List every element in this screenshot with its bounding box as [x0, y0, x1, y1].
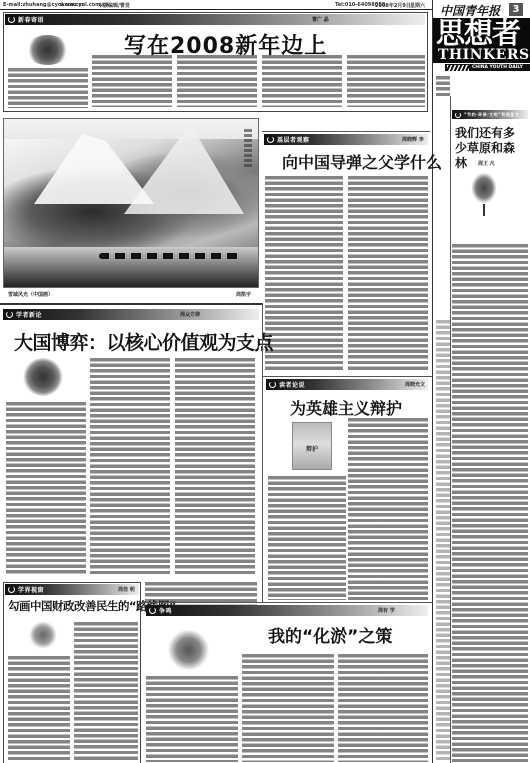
byline: 周晓辉 李 [402, 136, 424, 143]
section-label: 争鸣 [159, 606, 172, 615]
painting-snow-mountains [3, 118, 259, 288]
section-label: 学界视窗 [18, 585, 44, 594]
divider [262, 131, 430, 132]
section-logo-icon [269, 381, 276, 388]
body-text-column: 大家好，今年是改革开放三十周年，也是新的一年开端。我们回顾过去，展望未来，站在新… [242, 654, 334, 762]
divider [262, 376, 432, 377]
body-text-column: 大家好，今年是改革开放三十周年，也是新的一年开端。我们回顾过去，展望未来，站在新… [8, 68, 88, 108]
section-title-cn: 思想者 [436, 18, 520, 48]
body-text-column: 大家好，今年是改革开放三十周年，也是新的一年开端。我们回顾过去，展望未来，站在新… [348, 176, 428, 371]
header-rule [0, 9, 432, 10]
body-text-column: 大家好，今年是改革开放三十周年，也是新的一年开端。我们回顾过去，展望未来，站在新… [6, 402, 86, 574]
byline: 周众方律 [180, 311, 200, 318]
body-text-column: 大家好，今年是改革开放三十周年，也是新的一年开端。我们回顾过去，展望未来，站在新… [262, 55, 342, 107]
plant-illustration [28, 620, 58, 650]
body-text-column: 大家好，今年是改革开放三十周年，也是新的一年开端。我们回顾过去，展望未来，站在新… [146, 676, 238, 762]
divider [450, 96, 451, 763]
headline-silt[interactable]: 我的“化淤”之策 [268, 622, 392, 647]
section-label: “节约·环保·文明”有奖征文 [464, 112, 519, 118]
section-label: 新春寄语 [18, 15, 44, 24]
body-text-column: 大家好，今年是改革开放三十周年，也是新的一年开端。我们回顾过去，展望未来，站在新… [338, 654, 428, 762]
china-youth-daily-strip: CHINA YOUTH DAILY [445, 64, 530, 71]
body-text-column: 大家好，今年是改革开放三十周年，也是新的一年开端。我们回顾过去，展望未来，站在新… [348, 418, 428, 600]
header-weekday: 星期六 [410, 2, 425, 9]
body-text-column: 大家好，今年是改革开放三十周年，也是新的一年开端。我们回顾过去，展望未来，站在新… [452, 244, 528, 762]
divider [142, 602, 432, 603]
divider [0, 303, 262, 305]
section-bar-essay-contest: “节约·环保·文明”有奖征文 [452, 110, 528, 119]
section-label: 基层者观察 [277, 135, 310, 144]
body-text-column: 大家好，今年是改革开放三十周年，也是新的一年开端。我们回顾过去，展望未来，站在新… [436, 320, 450, 760]
body-text-column: 大家好，今年是改革开放三十周年，也是新的一年开端。我们回顾过去，展望未来，站在新… [347, 55, 425, 107]
section-logo-icon [8, 16, 15, 23]
body-text-column: 大家好，今年是改革开放三十周年，也是新的一年开端。我们回顾过去，展望未来，站在新… [177, 55, 257, 107]
section-label: 学者新论 [16, 310, 42, 319]
book-cover-image: 辩护 [292, 422, 332, 470]
body-text-column: 大家好，今年是改革开放三十周年，也是新的一年开端。我们回顾过去，展望未来，站在新… [90, 358, 170, 574]
book-cover-title: 辩护 [293, 444, 331, 453]
headline-great-power[interactable]: 大国博弈：以核心价值观为支点 [14, 328, 273, 355]
section-logo-icon [8, 586, 15, 593]
section-logo-icon [267, 136, 274, 143]
strip-label: CHINA YOUTH DAILY [472, 65, 523, 70]
body-text-column: 大家好，今年是改革开放三十周年，也是新的一年开端。我们回顾过去，展望未来，站在新… [436, 76, 450, 96]
byline: 曹广 晶 [312, 16, 329, 23]
section-title-en: THINKERS [438, 47, 530, 63]
body-text-column: 大家好，今年是改革开放三十周年，也是新的一年开端。我们回顾过去，展望未来，站在新… [265, 176, 343, 371]
section-masthead-box: 思想者 THINKERS [433, 18, 530, 63]
section-label: 读者论说 [279, 380, 305, 389]
headline-missile[interactable]: 向中国导弹之父学什么 [282, 150, 442, 173]
section-logo-icon [455, 112, 461, 118]
pine-branch-illustration [25, 35, 70, 65]
section-bar-great-power: 学者新论 [3, 309, 259, 320]
page-number: 3 [509, 3, 523, 16]
byline: 周晓光文 [405, 381, 425, 388]
painting-artist: 周凯宇 [236, 291, 251, 298]
header-editor: 本版编辑/曹竞 [98, 2, 130, 9]
tree-trunk [483, 204, 485, 216]
right-column-divider [432, 0, 433, 763]
section-logo-icon [6, 311, 13, 318]
hatch-decoration [447, 65, 469, 71]
headline-heroism[interactable]: 为英雄主义辩护 [290, 396, 402, 419]
header-date: 2008年2月9日 [375, 2, 411, 9]
body-text-column: 大家好，今年是改革开放三十周年，也是新的一年开端。我们回顾过去，展望未来，站在新… [175, 358, 255, 574]
body-text-column: 大家好，今年是改革开放三十周年，也是新的一年开端。我们回顾过去，展望未来，站在新… [74, 622, 138, 761]
section-bar-heroism: 读者论说 [266, 379, 428, 390]
section-bar-new-year: 新春寄语 [5, 14, 425, 25]
body-text-column: 大家好，今年是改革开放三十周年，也是新的一年开端。我们回顾过去，展望未来，站在新… [268, 476, 346, 600]
tree-illustration [166, 630, 211, 670]
section-logo-icon [149, 607, 156, 614]
divider [262, 303, 263, 603]
byline: 周佳 明 [118, 586, 135, 593]
body-text-column: 大家好，今年是改革开放三十周年，也是新的一年开端。我们回顾过去，展望未来，站在新… [92, 55, 172, 107]
flower-illustration [22, 358, 64, 396]
byline: 周王 凡 [478, 160, 495, 167]
painting-caption: 雪域风光（中国画） [8, 291, 53, 298]
byline: 周有 学 [378, 607, 395, 614]
body-text-column: 大家好，今年是改革开放三十周年，也是新的一年开端。我们回顾过去，展望未来，站在新… [8, 656, 70, 761]
